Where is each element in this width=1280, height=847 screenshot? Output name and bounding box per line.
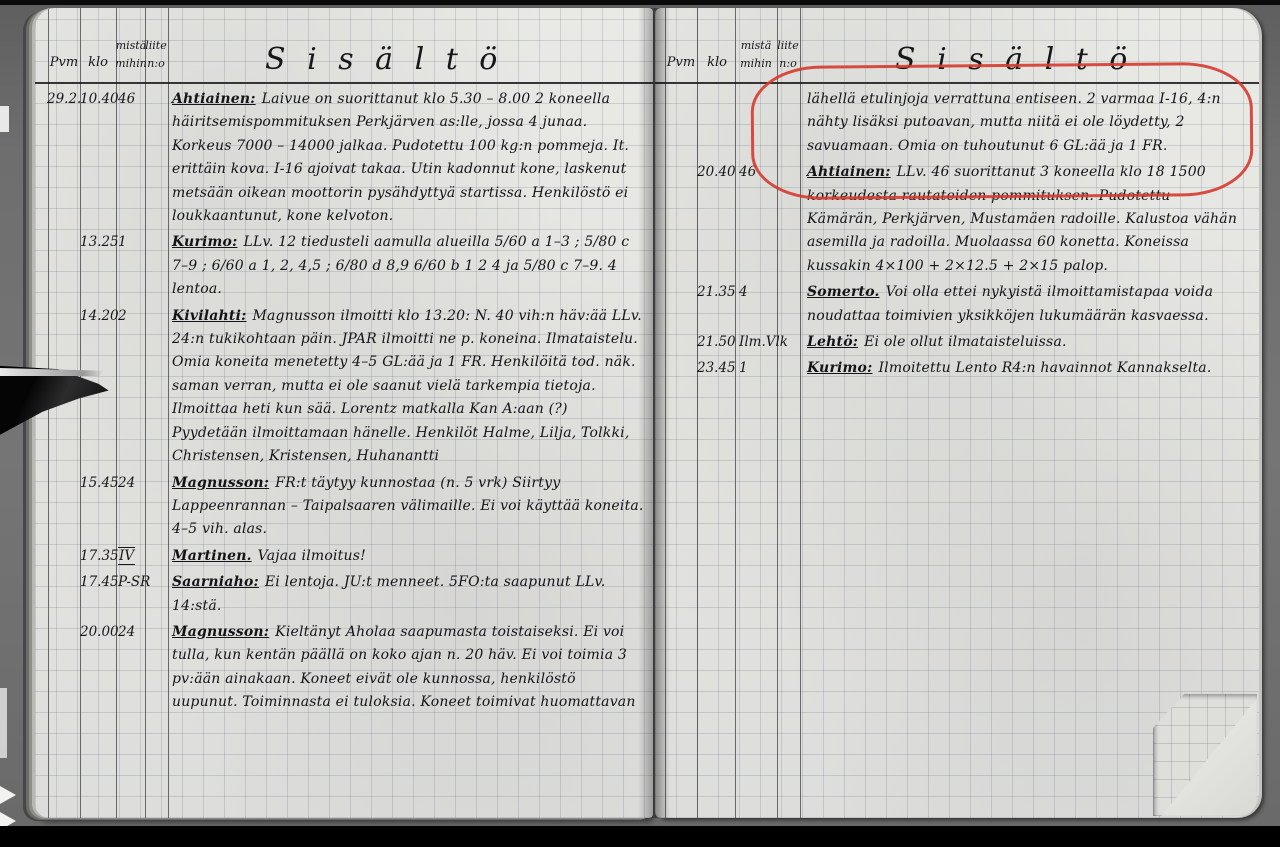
col-header-liite: liite: [775, 40, 801, 51]
scan-border-top: [0, 0, 1280, 5]
entry-ref: 46: [116, 88, 170, 111]
entry-speaker: Kurimo:: [807, 360, 872, 376]
col-header-pvm: Pvm: [49, 56, 79, 69]
col-header-mista: mistä: [735, 40, 777, 51]
entry-time: 14.20: [80, 305, 116, 328]
entry-time: 10.40: [80, 88, 116, 111]
entry-speaker: Saarniaho:: [172, 574, 259, 590]
entry-ref: 1: [116, 231, 170, 254]
entry-text: Ei ole ollut ilmataisteluissa.: [864, 334, 1067, 350]
left-entries: 29.2. 10.40 46 Ahtiainen:Laivue on suori…: [35, 88, 653, 718]
entry-ref: 2: [116, 305, 170, 328]
log-entry: 14.20 2 Kivilahti:Magnusson ilmoitti klo…: [35, 305, 653, 469]
col-header-klo: klo: [699, 56, 735, 69]
entry-time: 21.35: [697, 281, 737, 304]
log-entry: 15.45 24 Magnusson:FR:t täytyy kunnostaa…: [35, 472, 653, 542]
col-header-mihin: mihin: [735, 58, 777, 69]
scan-edge-artifact: [0, 688, 7, 758]
entry-ref: Ilm.Vlk: [737, 331, 799, 354]
scan-edge-artifact: [0, 106, 9, 132]
entry-ref: IV: [116, 545, 170, 568]
log-entry: 17.35 IV Martinen.Vajaa ilmoitus!: [35, 545, 653, 568]
entry-speaker: Martinen.: [172, 548, 252, 564]
entry-speaker: Magnusson:: [172, 624, 269, 640]
entry-text: Vajaa ilmoitus!: [258, 548, 366, 564]
entry-time: 20.40: [697, 161, 737, 184]
col-header-pvm: Pvm: [665, 56, 697, 69]
entry-time: 23.45: [697, 357, 737, 380]
entry-ref: 24: [116, 472, 170, 495]
entry-speaker: Magnusson:: [172, 475, 269, 491]
col-header-klo: klo: [81, 56, 115, 69]
entry-text: LLv. 12 tiedusteli aamulla alueilla 5/60…: [172, 234, 629, 297]
entry-speaker: Kivilahti:: [172, 308, 246, 324]
red-circle-annotation: [750, 62, 1253, 200]
entry-time: 17.45: [80, 571, 116, 594]
log-entry: 20.00 24 Magnusson:Kieltänyt Aholaa saap…: [35, 621, 653, 715]
entry-speaker: Somerto.: [807, 284, 880, 300]
dog-ear-fold: [1153, 694, 1257, 816]
log-entry: 21.50 Ilm.Vlk Lehtö:Ei ole ollut ilmatai…: [655, 331, 1259, 354]
log-entry: 21.35 4 Somerto.Voi olla ettei nykyistä …: [655, 281, 1259, 328]
entry-text: Magnusson ilmoitti klo 13.20: N. 40 vih:…: [172, 308, 642, 464]
header-underline: [35, 82, 653, 84]
diary-left-page: Pvm klo mistä mihin liite n:o S i s ä l …: [35, 8, 653, 818]
page-title-sisalto: S i s ä l t ö: [265, 42, 503, 77]
col-header-liite: liite: [143, 40, 169, 51]
entry-ref: P-SR: [116, 571, 170, 594]
log-entry: 13.25 1 Kurimo:LLv. 12 tiedusteli aamull…: [35, 231, 653, 301]
entry-time: 13.25: [80, 231, 116, 254]
entry-ref: 24: [116, 621, 170, 644]
log-entry: 29.2. 10.40 46 Ahtiainen:Laivue on suori…: [35, 88, 653, 228]
diary-right-page: Pvm klo mistä mihin liite n:o S i s ä l …: [655, 8, 1259, 818]
entry-text: Ilmoitettu Lento R4:n havainnot Kannakse…: [878, 360, 1211, 376]
entry-ref: 1: [737, 357, 799, 380]
entry-time: 15.45: [80, 472, 116, 495]
log-entry: 23.45 1 Kurimo:Ilmoitettu Lento R4:n hav…: [655, 357, 1259, 380]
entry-ref: 4: [737, 281, 799, 304]
entry-time: 20.00: [80, 621, 116, 644]
entry-speaker: Kurimo:: [172, 234, 237, 250]
entry-text: Laivue on suorittanut klo 5.30 – 8.00 2 …: [172, 91, 629, 224]
entry-date: 29.2.: [35, 88, 80, 111]
log-entry: 17.45 P-SR Saarniaho:Ei lentoja. JU:t me…: [35, 571, 653, 618]
entry-speaker: Ahtiainen:: [172, 91, 256, 107]
entry-speaker: Lehtö:: [807, 334, 858, 350]
col-header-no: n:o: [143, 58, 169, 69]
entry-time: 17.35: [80, 545, 116, 568]
entry-time: 21.50: [697, 331, 737, 354]
scan-border-bottom: [0, 826, 1280, 847]
